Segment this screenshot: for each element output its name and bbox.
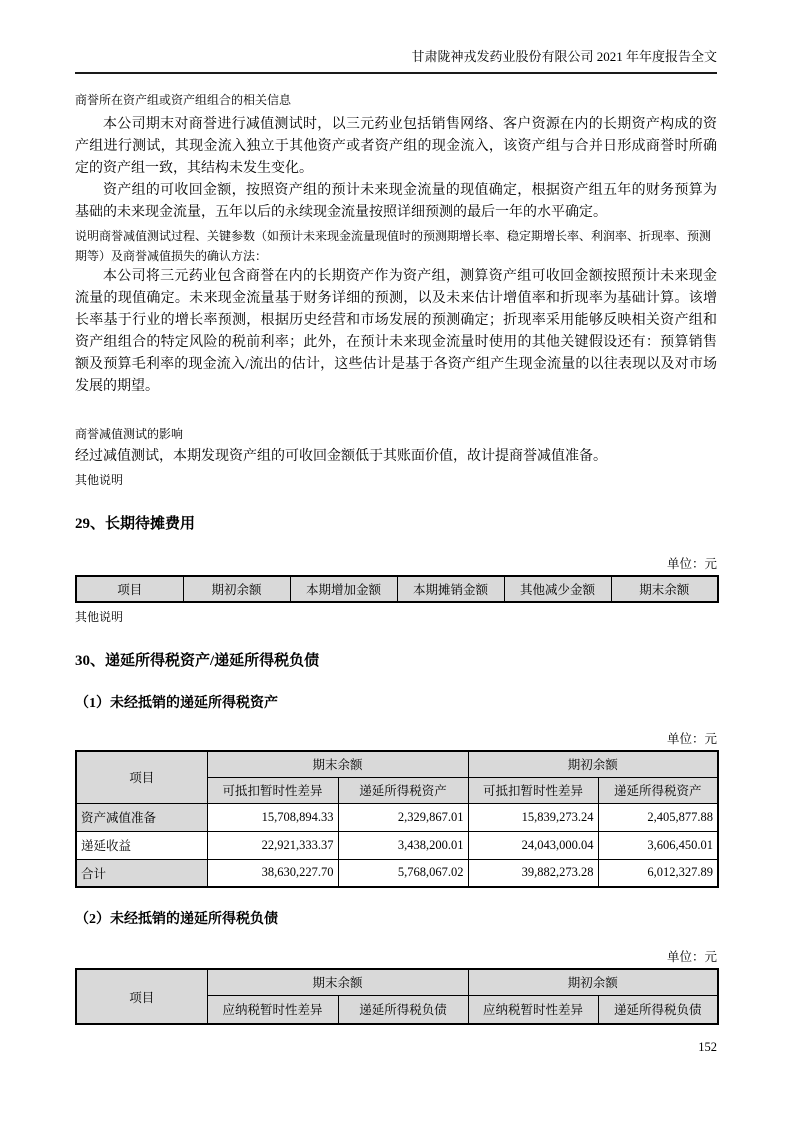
- page-header: 甘肃陇神戎发药业股份有限公司 2021 年年度报告全文: [75, 48, 717, 74]
- col-header-opening-balance: 期初余额: [183, 576, 290, 602]
- goodwill-other-label: 其他说明: [75, 470, 717, 490]
- page-number: 152: [75, 1040, 717, 1055]
- deferred-tax-assets-table: 项目 期末余额 期初余额 可抵扣暂时性差异 递延所得税资产 可抵扣暂时性差异 递…: [75, 750, 719, 888]
- col-header-item: 项目: [76, 751, 207, 803]
- col-header-other-decrease: 其他减少金额: [504, 576, 611, 602]
- cell-value: 22,921,333.37: [207, 831, 338, 859]
- section-29-unit-label: 单位：元: [75, 555, 717, 573]
- col-header-item: 项目: [76, 576, 183, 602]
- section-30-2-unit-label: 单位：元: [75, 948, 717, 966]
- table-group-header-row: 项目 期末余额 期初余额: [76, 969, 718, 995]
- goodwill-info-label: 商誉所在资产组或资产组组合的相关信息: [75, 90, 717, 110]
- goodwill-impact-label: 商誉减值测试的影响: [75, 424, 717, 444]
- long-term-deferred-expenses-table: 项目 期初余额 本期增加金额 本期摊销金额 其他减少金额 期末余额: [75, 575, 719, 603]
- goodwill-paragraph-3: 本公司将三元药业包含商誉在内的长期资产作为资产组，测算资产组可收回金额按照预计未…: [75, 266, 717, 398]
- group-header-closing-balance: 期末余额: [207, 751, 468, 777]
- table-group-header-row: 项目 期末余额 期初余额: [76, 751, 718, 777]
- table-row: 资产减值准备 15,708,894.33 2,329,867.01 15,839…: [76, 803, 718, 831]
- deferred-tax-liabilities-table: 项目 期末余额 期初余额 应纳税暂时性差异 递延所得税负债 应纳税暂时性差异 递…: [75, 968, 719, 1025]
- col-header-dtl-begin: 递延所得税负债: [598, 995, 718, 1024]
- cell-value: 39,882,273.28: [468, 859, 598, 887]
- report-header-title: 甘肃陇神戎发药业股份有限公司 2021 年年度报告全文: [411, 49, 717, 64]
- col-header-closing-balance: 期末余额: [611, 576, 718, 602]
- cell-value: 3,438,200.01: [338, 831, 468, 859]
- col-header-taxable-diff-begin: 应纳税暂时性差异: [468, 995, 598, 1024]
- table-total-row: 合计 38,630,227.70 5,768,067.02 39,882,273…: [76, 859, 718, 887]
- cell-value: 15,839,273.24: [468, 803, 598, 831]
- section-30-2-title: （2）未经抵销的递延所得税负债: [75, 910, 717, 930]
- report-page: 甘肃陇神戎发药业股份有限公司 2021 年年度报告全文 商誉所在资产组或资产组组…: [0, 0, 793, 1122]
- section-29-title: 29、长期待摊费用: [75, 514, 717, 535]
- section-29-other-label: 其他说明: [75, 607, 717, 627]
- col-header-amortization: 本期摊销金额: [397, 576, 504, 602]
- row-item-label: 递延收益: [76, 831, 207, 859]
- goodwill-paragraph-2: 资产组的可收回金额，按照资产组的预计未来现金流量的现值确定，根据资产组五年的财务…: [75, 180, 717, 224]
- cell-value: 24,043,000.04: [468, 831, 598, 859]
- group-header-closing-balance: 期末余额: [207, 969, 468, 995]
- cell-value: 2,329,867.01: [338, 803, 468, 831]
- col-header-deductible-diff-end: 可抵扣暂时性差异: [207, 777, 338, 803]
- table-row: 递延收益 22,921,333.37 3,438,200.01 24,043,0…: [76, 831, 718, 859]
- row-item-label: 合计: [76, 859, 207, 887]
- section-30-1-title: （1）未经抵销的递延所得税资产: [75, 694, 717, 714]
- col-header-dta-begin: 递延所得税资产: [598, 777, 718, 803]
- col-header-deductible-diff-begin: 可抵扣暂时性差异: [468, 777, 598, 803]
- col-header-dtl-end: 递延所得税负债: [338, 995, 468, 1024]
- group-header-opening-balance: 期初余额: [468, 751, 718, 777]
- goodwill-paragraph-1: 本公司期末对商誉进行减值测试时，以三元药业包括销售网络、客户资源在内的长期资产构…: [75, 114, 717, 180]
- cell-value: 38,630,227.70: [207, 859, 338, 887]
- group-header-opening-balance: 期初余额: [468, 969, 718, 995]
- section-30-1-unit-label: 单位：元: [75, 730, 717, 748]
- col-header-item: 项目: [76, 969, 207, 1024]
- section-30-title: 30、递延所得税资产/递延所得税负债: [75, 651, 717, 672]
- cell-value: 5,768,067.02: [338, 859, 468, 887]
- cell-value: 15,708,894.33: [207, 803, 338, 831]
- goodwill-impact-text: 经过减值测试，本期发现资产组的可收回金额低于其账面价值，故计提商誉减值准备。: [75, 446, 717, 468]
- row-item-label: 资产减值准备: [76, 803, 207, 831]
- col-header-dta-end: 递延所得税资产: [338, 777, 468, 803]
- table-header-row: 项目 期初余额 本期增加金额 本期摊销金额 其他减少金额 期末余额: [76, 576, 718, 602]
- col-header-increase: 本期增加金额: [290, 576, 397, 602]
- cell-value: 6,012,327.89: [598, 859, 718, 887]
- col-header-taxable-diff-end: 应纳税暂时性差异: [207, 995, 338, 1024]
- cell-value: 2,405,877.88: [598, 803, 718, 831]
- page-content: 商誉所在资产组或资产组组合的相关信息 本公司期末对商誉进行减值测试时，以三元药业…: [75, 86, 717, 1025]
- goodwill-note-label: 说明商誉减值测试过程、关键参数（如预计未来现金流量现值时的预测期增长率、稳定期增…: [75, 226, 717, 266]
- cell-value: 3,606,450.01: [598, 831, 718, 859]
